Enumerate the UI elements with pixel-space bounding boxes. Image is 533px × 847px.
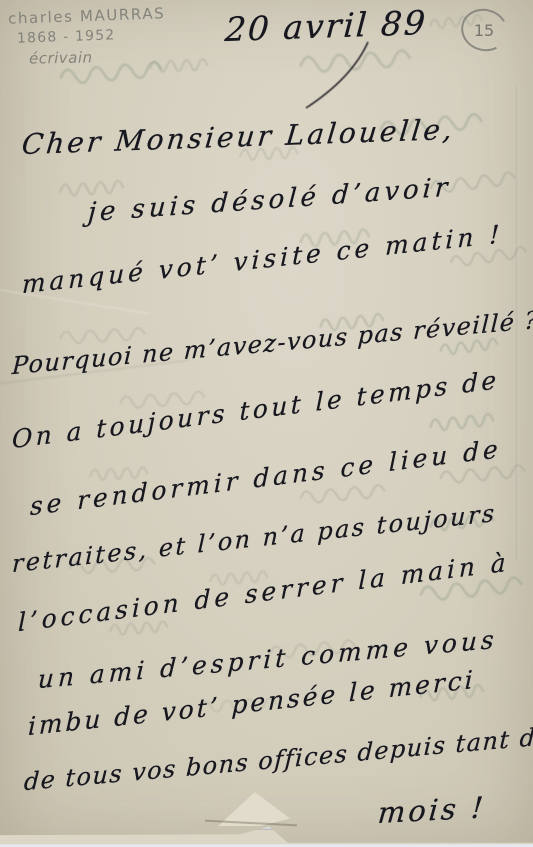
letter-line: On a toujours tout le temps de xyxy=(12,365,500,454)
letter-line: mois ! xyxy=(377,790,488,830)
letter-photograph: charles MAURRAS 1868 - 1952 écrivain 15 … xyxy=(0,0,533,847)
date-line: 20 avril 89 xyxy=(224,3,429,49)
collection-number-circle: 15 xyxy=(456,3,513,56)
letter-line: manqué vot’ visite ce matin ! xyxy=(21,219,503,299)
letter-line: Cher Monsieur Lalouelle, xyxy=(20,113,456,161)
pencil-life-dates: 1868 - 1952 xyxy=(17,27,116,46)
pencil-profession: écrivain xyxy=(29,48,93,67)
letter-line: je suis désolé d’avoir xyxy=(87,172,452,228)
pencil-author-name: charles MAURRAS xyxy=(8,4,166,27)
date-flourish-stroke xyxy=(306,42,368,108)
letter-line: Pourquoi ne m’avez-vous pas réveillé ? xyxy=(11,306,533,380)
letter-paper: charles MAURRAS 1868 - 1952 écrivain 15 … xyxy=(0,0,533,847)
collection-number: 15 xyxy=(474,20,494,39)
